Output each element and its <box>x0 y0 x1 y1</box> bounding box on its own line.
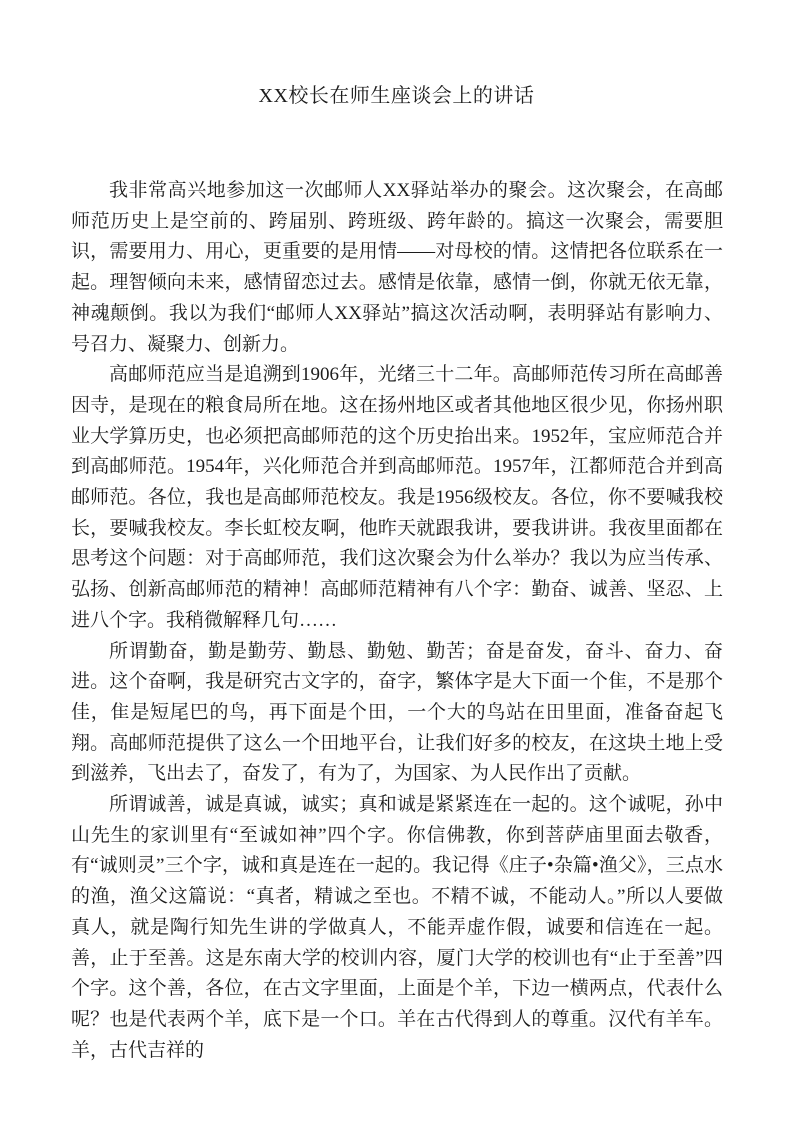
paragraph-qinfen: 所谓勤奋，勤是勤劳、勤恳、勤勉、勤苦；奋是奋发，奋斗、奋力、奋进。这个奋啊，我是… <box>71 637 723 791</box>
paragraph-opening: 我非常高兴地参加这一次邮师人XX驿站举办的聚会。这次聚会，在高邮师范历史上是空前… <box>71 176 723 360</box>
paragraph-history: 高邮师范应当是追溯到1906年，光绪三十二年。高邮师范传习所在高邮善因寺，是现在… <box>71 360 723 636</box>
document-body: 我非常高兴地参加这一次邮师人XX驿站举办的聚会。这次聚会，在高邮师范历史上是空前… <box>71 176 723 1066</box>
paragraph-chengshan: 所谓诚善，诚是真诚，诚实；真和诚是紧紧连在一起的。这个诚呢，孙中山先生的家训里有… <box>71 790 723 1066</box>
document-page: XX校长在师生座谈会上的讲话 我非常高兴地参加这一次邮师人XX驿站举办的聚会。这… <box>0 0 793 1122</box>
document-title: XX校长在师生座谈会上的讲话 <box>0 0 793 108</box>
